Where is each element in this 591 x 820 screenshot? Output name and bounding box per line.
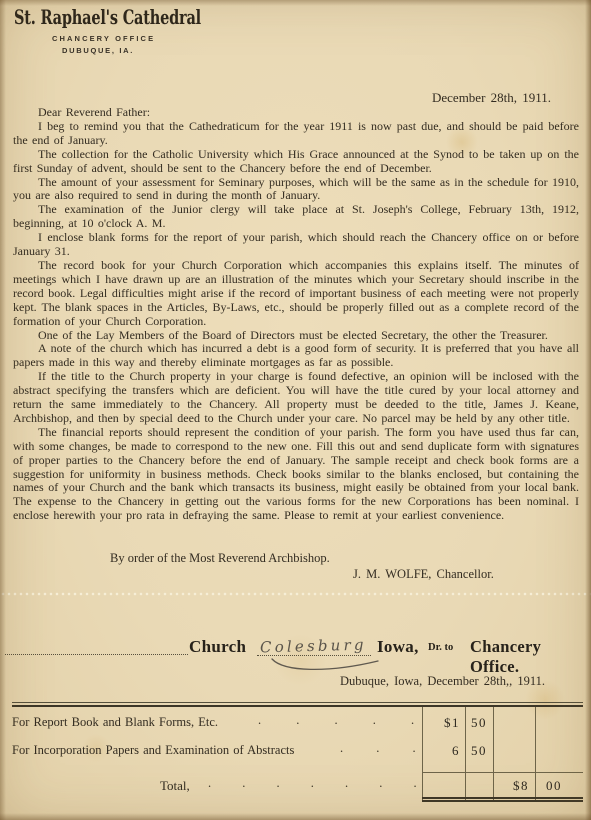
letter-paragraph: If the title to the Church property in y…	[13, 370, 579, 426]
letter-paragraph: The examination of the Junior clergy wil…	[13, 203, 579, 231]
table-vertical-rule	[493, 707, 494, 800]
leader-dots: . . .	[340, 741, 417, 756]
signature-line: J. M. WOLFE, Chancellor.	[353, 567, 494, 582]
table-bottom-rule	[422, 797, 583, 802]
billhead-dr-to-label: Dr. to	[428, 642, 453, 653]
letter-paragraph: The collection for the Catholic Universi…	[13, 148, 579, 176]
billhead-office-label: Chancery Office.	[470, 637, 591, 677]
table-vertical-rule	[535, 707, 536, 800]
scanned-letter-page: St. Raphael's Cathedral CHANCERY OFFICE …	[0, 0, 591, 820]
bill-row-cents: 50	[466, 743, 492, 759]
leader-dots: . . . . . . .	[208, 776, 418, 791]
bill-row-cents: 50	[466, 715, 492, 731]
table-top-rule	[12, 702, 583, 707]
ink-flourish-stroke	[266, 656, 386, 674]
billhead-church-label: Church	[189, 637, 246, 657]
total-cents: 00	[540, 778, 568, 794]
letter-paragraph: A note of the church which has incurred …	[13, 342, 579, 370]
letter-body: Dear Reverend Father: I beg to remind yo…	[13, 106, 579, 523]
billhead-leader-line	[5, 653, 188, 655]
bill-row-label: For Incorporation Papers and Examination…	[12, 743, 294, 758]
billhead-state-label: Iowa,	[377, 637, 419, 657]
letterhead-office-line: CHANCERY OFFICE	[52, 34, 155, 43]
salutation: Dear Reverend Father:	[13, 106, 579, 120]
letter-date: December 28th, 1911.	[432, 90, 551, 106]
bill-row-dollars: $1	[424, 715, 460, 731]
leader-dots: . . . . .	[258, 713, 415, 728]
letter-paragraph: I beg to remind you that the Cathedratic…	[13, 120, 579, 148]
letterhead-city-line: DUBUQUE, IA.	[62, 46, 134, 55]
table-vertical-rule	[422, 707, 423, 800]
billhead-dateline: Dubuque, Iowa, December 28th,, 1911.	[340, 674, 545, 689]
closing-line: By order of the Most Reverend Archbishop…	[110, 551, 330, 566]
letter-paragraph: One of the Lay Members of the Board of D…	[13, 329, 579, 343]
bill-row-label: For Report Book and Blank Forms, Etc.	[12, 715, 218, 730]
total-label: Total,	[160, 778, 190, 794]
perforation-dotted-line	[0, 592, 591, 596]
letter-paragraph: The financial reports should represent t…	[13, 426, 579, 523]
letter-paragraph: The record book for your Church Corporat…	[13, 259, 579, 329]
total-dollars: $8	[495, 778, 529, 794]
letter-paragraph: I enclose blank forms for the report of …	[13, 231, 579, 259]
letterhead-title: St. Raphael's Cathedral	[14, 7, 201, 29]
bill-row-dollars: 6	[424, 743, 460, 759]
table-subtotal-rule	[422, 772, 583, 773]
letter-paragraph: The amount of your assessment for Semina…	[13, 176, 579, 204]
